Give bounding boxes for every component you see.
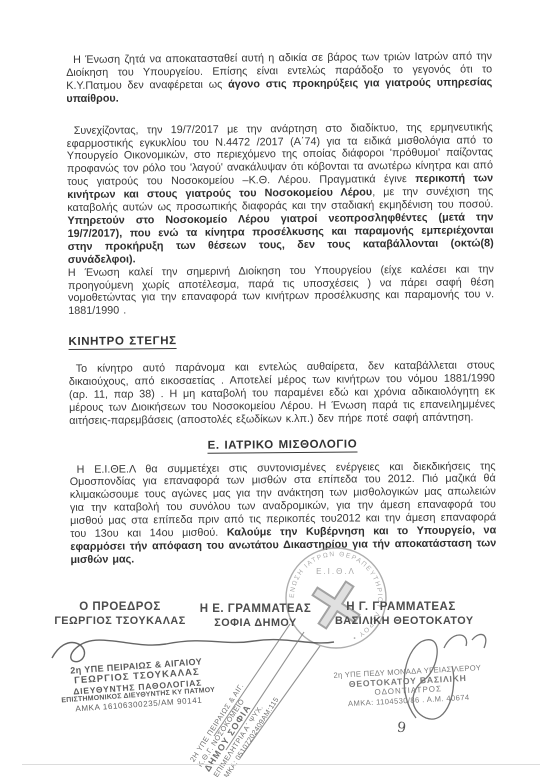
president-title: Ο ΠΡΟΕΔΡΟΣ xyxy=(45,601,195,613)
section-heading-medical-salary: Ε. ΙΑΤΡΙΚΟ ΜΙΣΘΟΛΟΓΙΟ xyxy=(69,437,495,454)
paragraph-restore-injustice: Η Ένωση ζητά να αποκατασταθεί αυτή η αδι… xyxy=(66,50,492,105)
paragraph-housing-incentive: Το κίνητρο αυτό παράνομα και εντελώς αυθ… xyxy=(69,359,496,427)
paragraph-circular-19-7-2017: Συνεχίζοντας, την 19/7/2017 με την ανάρτ… xyxy=(67,121,494,267)
paragraph-union-calls-ministry: Η Ένωση καλεί την σημερινή Διοίκηση του … xyxy=(68,263,494,318)
gen-secretary-title: Η Γ. ΓΡΑΜΜΑΤΕΑΣ xyxy=(335,601,467,613)
round-stamp-label: Ε.Ι.Θ.Λ xyxy=(316,567,356,576)
scan-artifact-line xyxy=(22,764,540,765)
scanned-document-page: Η Ένωση ζητά να αποκατασταθεί αυτή η αδι… xyxy=(0,0,550,777)
exec-secretary-title: Η Ε. ΓΡΑΜΜΑΤΕΑΣ xyxy=(198,603,313,615)
document-body: Η Ένωση ζητά να αποκατασταθεί αυτή η αδι… xyxy=(66,50,496,567)
handwritten-page-number: 9 xyxy=(396,719,407,736)
signature-block-gen-secretary: Η Γ. ΓΡΑΜΜΑΤΕΑΣ ΒΑΣΙΛΙΚΗ ΘΕΟΤΟΚΑΤΟΥ xyxy=(335,601,467,627)
paragraph-text-bold: Υπηρετούν στο Νοσοκομείο Λέρου γιατροί ν… xyxy=(67,211,493,265)
section-heading-housing-incentive: ΚΙΝΗΤΡΟ ΣΤΕΓΗΣ xyxy=(68,332,494,349)
